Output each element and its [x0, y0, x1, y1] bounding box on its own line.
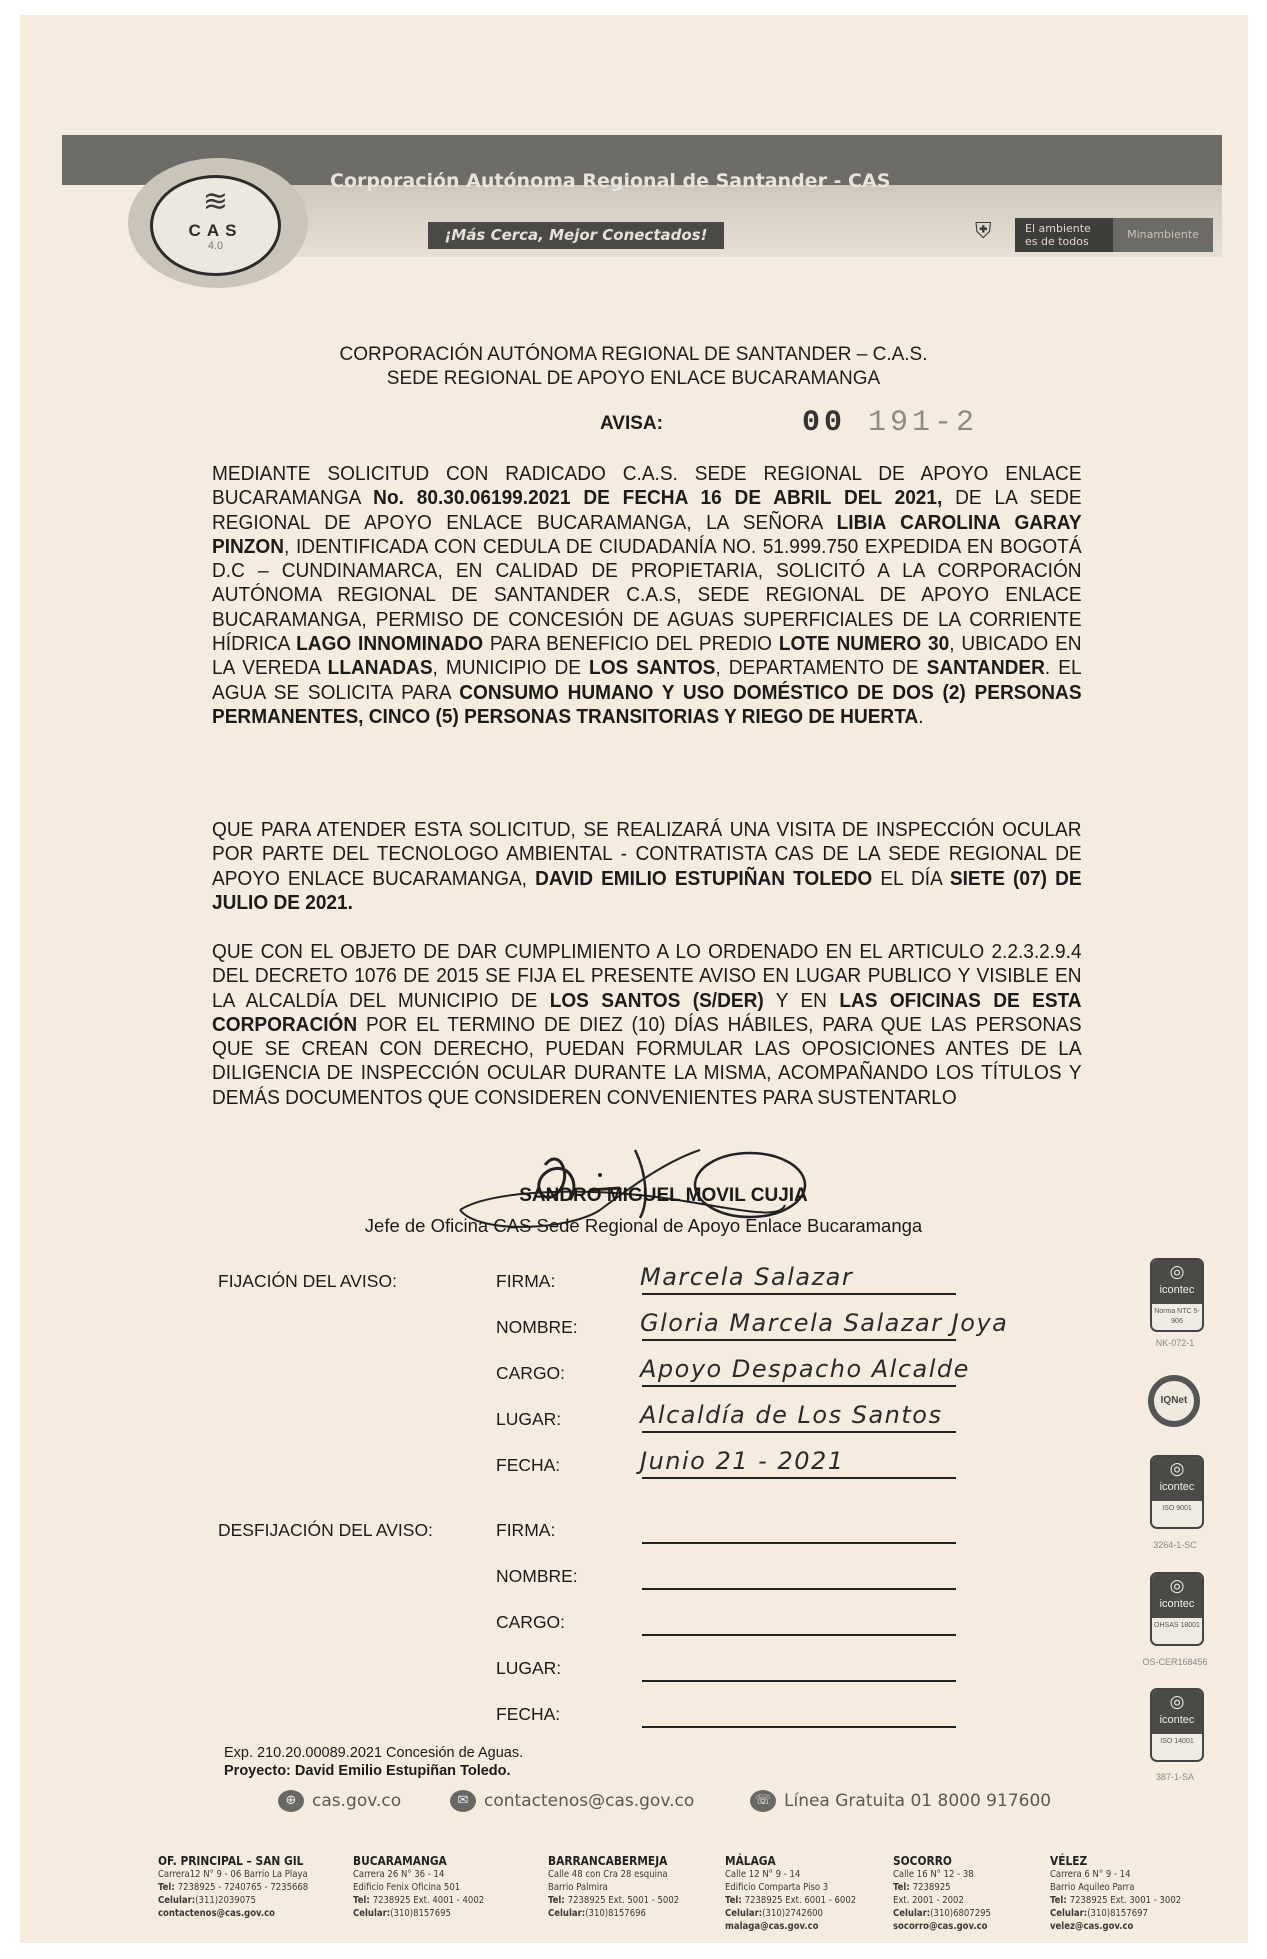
stamp-number: 00 191-2 [802, 406, 978, 440]
office-email[interactable]: velez@cas.gov.co [1050, 1920, 1181, 1933]
paragraph-inspection: QUE PARA ATENDER ESTA SOLICITUD, SE REAL… [212, 818, 1082, 915]
emphasized-text: LLANADAS [328, 656, 433, 679]
seal-brand: icontec [1160, 1598, 1195, 1610]
office-email[interactable]: contactenos@cas.gov.co [158, 1907, 308, 1920]
paragraph-request: MEDIANTE SOLICITUD CON RADICADO C.A.S. S… [212, 462, 1082, 729]
website-text: cas.gov.co [312, 1791, 401, 1811]
icontec-icon: ◎ [1152, 1574, 1202, 1598]
paragraph-text: EL DÍA [872, 867, 950, 890]
office-cel: Celular:(310)8157696 [548, 1907, 679, 1920]
emphasized-text: LOS SANTOS (S/DER) [550, 989, 764, 1012]
fijacion-firma-field[interactable] [642, 1293, 956, 1295]
seal-brand: icontec [1160, 1481, 1195, 1493]
office-line: Carrera 6 N° 9 - 14 [1050, 1868, 1181, 1881]
icontec-icon: ◎ [1152, 1260, 1202, 1284]
office-city: VÉLEZ [1050, 1853, 1181, 1868]
icontec-seal-3: ◎icontec OHSAS 18001 [1150, 1572, 1204, 1646]
envelope-icon: ✉ [450, 1790, 476, 1812]
desfijacion-cargo-field[interactable] [642, 1634, 956, 1636]
env-badge: El ambiente es de todos [1015, 218, 1113, 252]
fijacion-firma-value: Marcela Salazar [640, 1263, 853, 1291]
office-tel: Tel: 7238925 [893, 1881, 991, 1894]
paragraph-text: . [918, 705, 923, 728]
colombia-coat-of-arms-icon: ⛨ [975, 218, 992, 244]
fijacion-section-label: FIJACIÓN DEL AVISO: [218, 1271, 397, 1292]
fijacion-firma-label: FIRMA: [496, 1271, 555, 1292]
office-3: MÁLAGACalle 12 N° 9 - 14Edificio Compart… [725, 1853, 856, 1933]
seal-code: 3264-1-SC [1130, 1540, 1220, 1550]
phone-icon: ☏ [750, 1790, 776, 1812]
avisa-label: AVISA: [600, 413, 663, 435]
office-city: BUCARAMANGA [353, 1853, 484, 1868]
emphasized-text: LAGO INNOMINADO [296, 632, 483, 655]
office-line: Ext. 2001 - 2002 [893, 1894, 991, 1907]
seal-code: NK-072-1 [1130, 1338, 1220, 1348]
env-badge-line2: es de todos [1025, 235, 1113, 248]
office-line: Edificio Comparta Piso 3 [725, 1881, 856, 1894]
office-tel: Tel: 7238925 - 7240765 - 7235668 [158, 1881, 308, 1894]
office-cel: Celular:(310)2742600 [725, 1907, 856, 1920]
heading-line1: CORPORACIÓN AUTÓNOMA REGIONAL DE SANTAND… [0, 343, 1267, 367]
seal-code: OS-CER168456 [1130, 1657, 1220, 1667]
fijacion-nombre-label: NOMBRE: [496, 1317, 578, 1338]
proyecto-reference: Proyecto: David Emilio Estupiñan Toledo. [224, 1763, 511, 1779]
document-heading: CORPORACIÓN AUTÓNOMA REGIONAL DE SANTAND… [0, 343, 1267, 391]
office-line: Calle 12 N° 9 - 14 [725, 1868, 856, 1881]
emphasized-text: No. 80.30.06199.2021 DE FECHA 16 DE ABRI… [373, 486, 942, 509]
office-city: BARRANCABERMEJA [548, 1853, 679, 1868]
office-email[interactable]: socorro@cas.gov.co [893, 1920, 991, 1933]
paragraph-text: Y EN [764, 989, 840, 1012]
hotline-text: Línea Gratuita 01 8000 917600 [784, 1791, 1051, 1811]
fijacion-nombre-value: Gloria Marcela Salazar Joya [640, 1309, 1008, 1337]
paragraph-legal-basis: QUE CON EL OBJETO DE DAR CUMPLIMIENTO A … [212, 940, 1082, 1110]
office-line: Calle 48 con Cra 28 esquina [548, 1868, 679, 1881]
emphasized-text: SANTANDER [927, 656, 1045, 679]
ministry-badge: Minambiente [1113, 218, 1213, 252]
fijacion-nombre-field[interactable] [642, 1339, 956, 1341]
office-line: Carrera12 N° 9 - 06 Barrio La Playa [158, 1868, 308, 1881]
paragraph-text: , DEPARTAMENTO DE [715, 656, 926, 679]
cas-logo-icon: ≋ [153, 182, 278, 222]
icontec-seal-1: ◎icontec Norma NTC 5-906 [1150, 1258, 1204, 1332]
logo-version: 4.0 [153, 240, 278, 253]
office-city: MÁLAGA [725, 1853, 856, 1868]
cas-logo: ≋ CAS 4.0 [150, 175, 281, 276]
emphasized-text: LOS SANTOS [589, 656, 715, 679]
seal-brand: icontec [1160, 1284, 1195, 1296]
seal-standard: ISO 9001 [1152, 1501, 1202, 1514]
email-text: contactenos@cas.gov.co [484, 1791, 694, 1811]
paragraph-text: , MUNICIPIO DE [433, 656, 590, 679]
fijacion-cargo-field[interactable] [642, 1385, 956, 1387]
office-tel: Tel: 7238925 Ext. 6001 - 6002 [725, 1894, 856, 1907]
desfijacion-fecha-field[interactable] [642, 1726, 956, 1728]
office-tel: Tel: 7238925 Ext. 4001 - 4002 [353, 1894, 484, 1907]
website-link[interactable]: ⊕cas.gov.co [278, 1790, 401, 1812]
paragraph-text: PARA BENEFICIO DEL PREDIO [483, 632, 779, 655]
globe-icon: ⊕ [278, 1790, 304, 1812]
office-line: Edificio Fenix Oficina 501 [353, 1881, 484, 1894]
seal-code: 387-1-SA [1130, 1772, 1220, 1782]
fijacion-fecha-label: FECHA: [496, 1455, 560, 1476]
desfijacion-firma-field[interactable] [642, 1542, 956, 1544]
fijacion-cargo-value: Apoyo Despacho Alcalde [640, 1355, 970, 1383]
expediente-reference: Exp. 210.20.00089.2021 Concesión de Agua… [224, 1745, 523, 1761]
office-tel: Tel: 7238925 Ext. 3001 - 3002 [1050, 1894, 1181, 1907]
desfijacion-nombre-field[interactable] [642, 1588, 956, 1590]
fijacion-cargo-label: CARGO: [496, 1363, 565, 1384]
office-1: BUCARAMANGACarrera 26 N° 36 - 14Edificio… [353, 1853, 484, 1920]
desfijacion-section-label: DESFIJACIÓN DEL AVISO: [218, 1520, 433, 1541]
slogan: ¡Más Cerca, Mejor Conectados! [428, 222, 724, 249]
desfijacion-firma-label: FIRMA: [496, 1520, 555, 1541]
office-5: VÉLEZCarrera 6 N° 9 - 14Barrio Aquileo P… [1050, 1853, 1181, 1933]
office-cel: Celular:(310)8157697 [1050, 1907, 1181, 1920]
emphasized-text: LOTE NUMERO 30 [779, 632, 949, 655]
office-city: SOCORRO [893, 1853, 991, 1868]
icontec-seal-4: ◎icontec ISO 14001 [1150, 1688, 1204, 1762]
seal-brand: icontec [1160, 1714, 1195, 1726]
signer-name: SANDRO MIGUEL MOVIL CUJIA [0, 1185, 1267, 1207]
office-line: Barrio Aquileo Parra [1050, 1881, 1181, 1894]
stamp-number-rest: 191-2 [868, 406, 978, 440]
desfijacion-fecha-label: FECHA: [496, 1704, 560, 1725]
stamp-number-bold: 00 [802, 406, 846, 440]
fijacion-fecha-field[interactable] [642, 1477, 956, 1479]
seal-standard: ISO 14001 [1152, 1734, 1202, 1747]
fijacion-lugar-label: LUGAR: [496, 1409, 561, 1430]
desfijacion-nombre-label: NOMBRE: [496, 1566, 578, 1587]
desfijacion-lugar-field[interactable] [642, 1680, 956, 1682]
office-cel: Celular:(310)6807295 [893, 1907, 991, 1920]
email-link[interactable]: ✉contactenos@cas.gov.co [450, 1790, 694, 1812]
organization-banner-title: Corporación Autónoma Regional de Santand… [330, 170, 890, 192]
office-cel: Celular:(311)2039075 [158, 1894, 308, 1907]
icontec-seal-2: ◎icontec ISO 9001 [1150, 1455, 1204, 1529]
hotline: ☏Línea Gratuita 01 8000 917600 [750, 1790, 1051, 1812]
office-email[interactable]: malaga@cas.gov.co [725, 1920, 856, 1933]
icontec-icon: ◎ [1152, 1457, 1202, 1481]
desfijacion-cargo-label: CARGO: [496, 1612, 565, 1633]
fijacion-fecha-value: Junio 21 - 2021 [640, 1447, 845, 1475]
iqnet-seal: IQNet [1148, 1375, 1200, 1427]
office-cel: Celular:(310)8157695 [353, 1907, 484, 1920]
signer-role: Jefe de Oficina CAS Sede Regional de Apo… [0, 1215, 1267, 1237]
fijacion-lugar-field[interactable] [642, 1431, 956, 1433]
office-line: Barrio Palmira [548, 1881, 679, 1894]
office-2: BARRANCABERMEJACalle 48 con Cra 28 esqui… [548, 1853, 679, 1920]
office-4: SOCORROCalle 16 N° 12 - 38Tel: 7238925Ex… [893, 1853, 991, 1933]
seal-standard: Norma NTC 5-906 [1152, 1304, 1202, 1327]
office-line: Calle 16 N° 12 - 38 [893, 1868, 991, 1881]
office-tel: Tel: 7238925 Ext. 5001 - 5002 [548, 1894, 679, 1907]
office-0: OF. PRINCIPAL – SAN GILCarrera12 N° 9 - … [158, 1853, 308, 1920]
heading-line2: SEDE REGIONAL DE APOYO ENLACE BUCARAMANG… [0, 367, 1267, 391]
fijacion-lugar-value: Alcaldía de Los Santos [640, 1401, 942, 1429]
seal-standard: OHSAS 18001 [1152, 1618, 1202, 1631]
logo-text: CAS [153, 222, 278, 240]
icontec-icon: ◎ [1152, 1690, 1202, 1714]
env-badge-line1: El ambiente [1025, 222, 1113, 235]
office-line: Carrera 26 N° 36 - 14 [353, 1868, 484, 1881]
desfijacion-lugar-label: LUGAR: [496, 1658, 561, 1679]
emphasized-text: DAVID EMILIO ESTUPIÑAN TOLEDO [535, 867, 872, 890]
office-city: OF. PRINCIPAL – SAN GIL [158, 1853, 308, 1868]
